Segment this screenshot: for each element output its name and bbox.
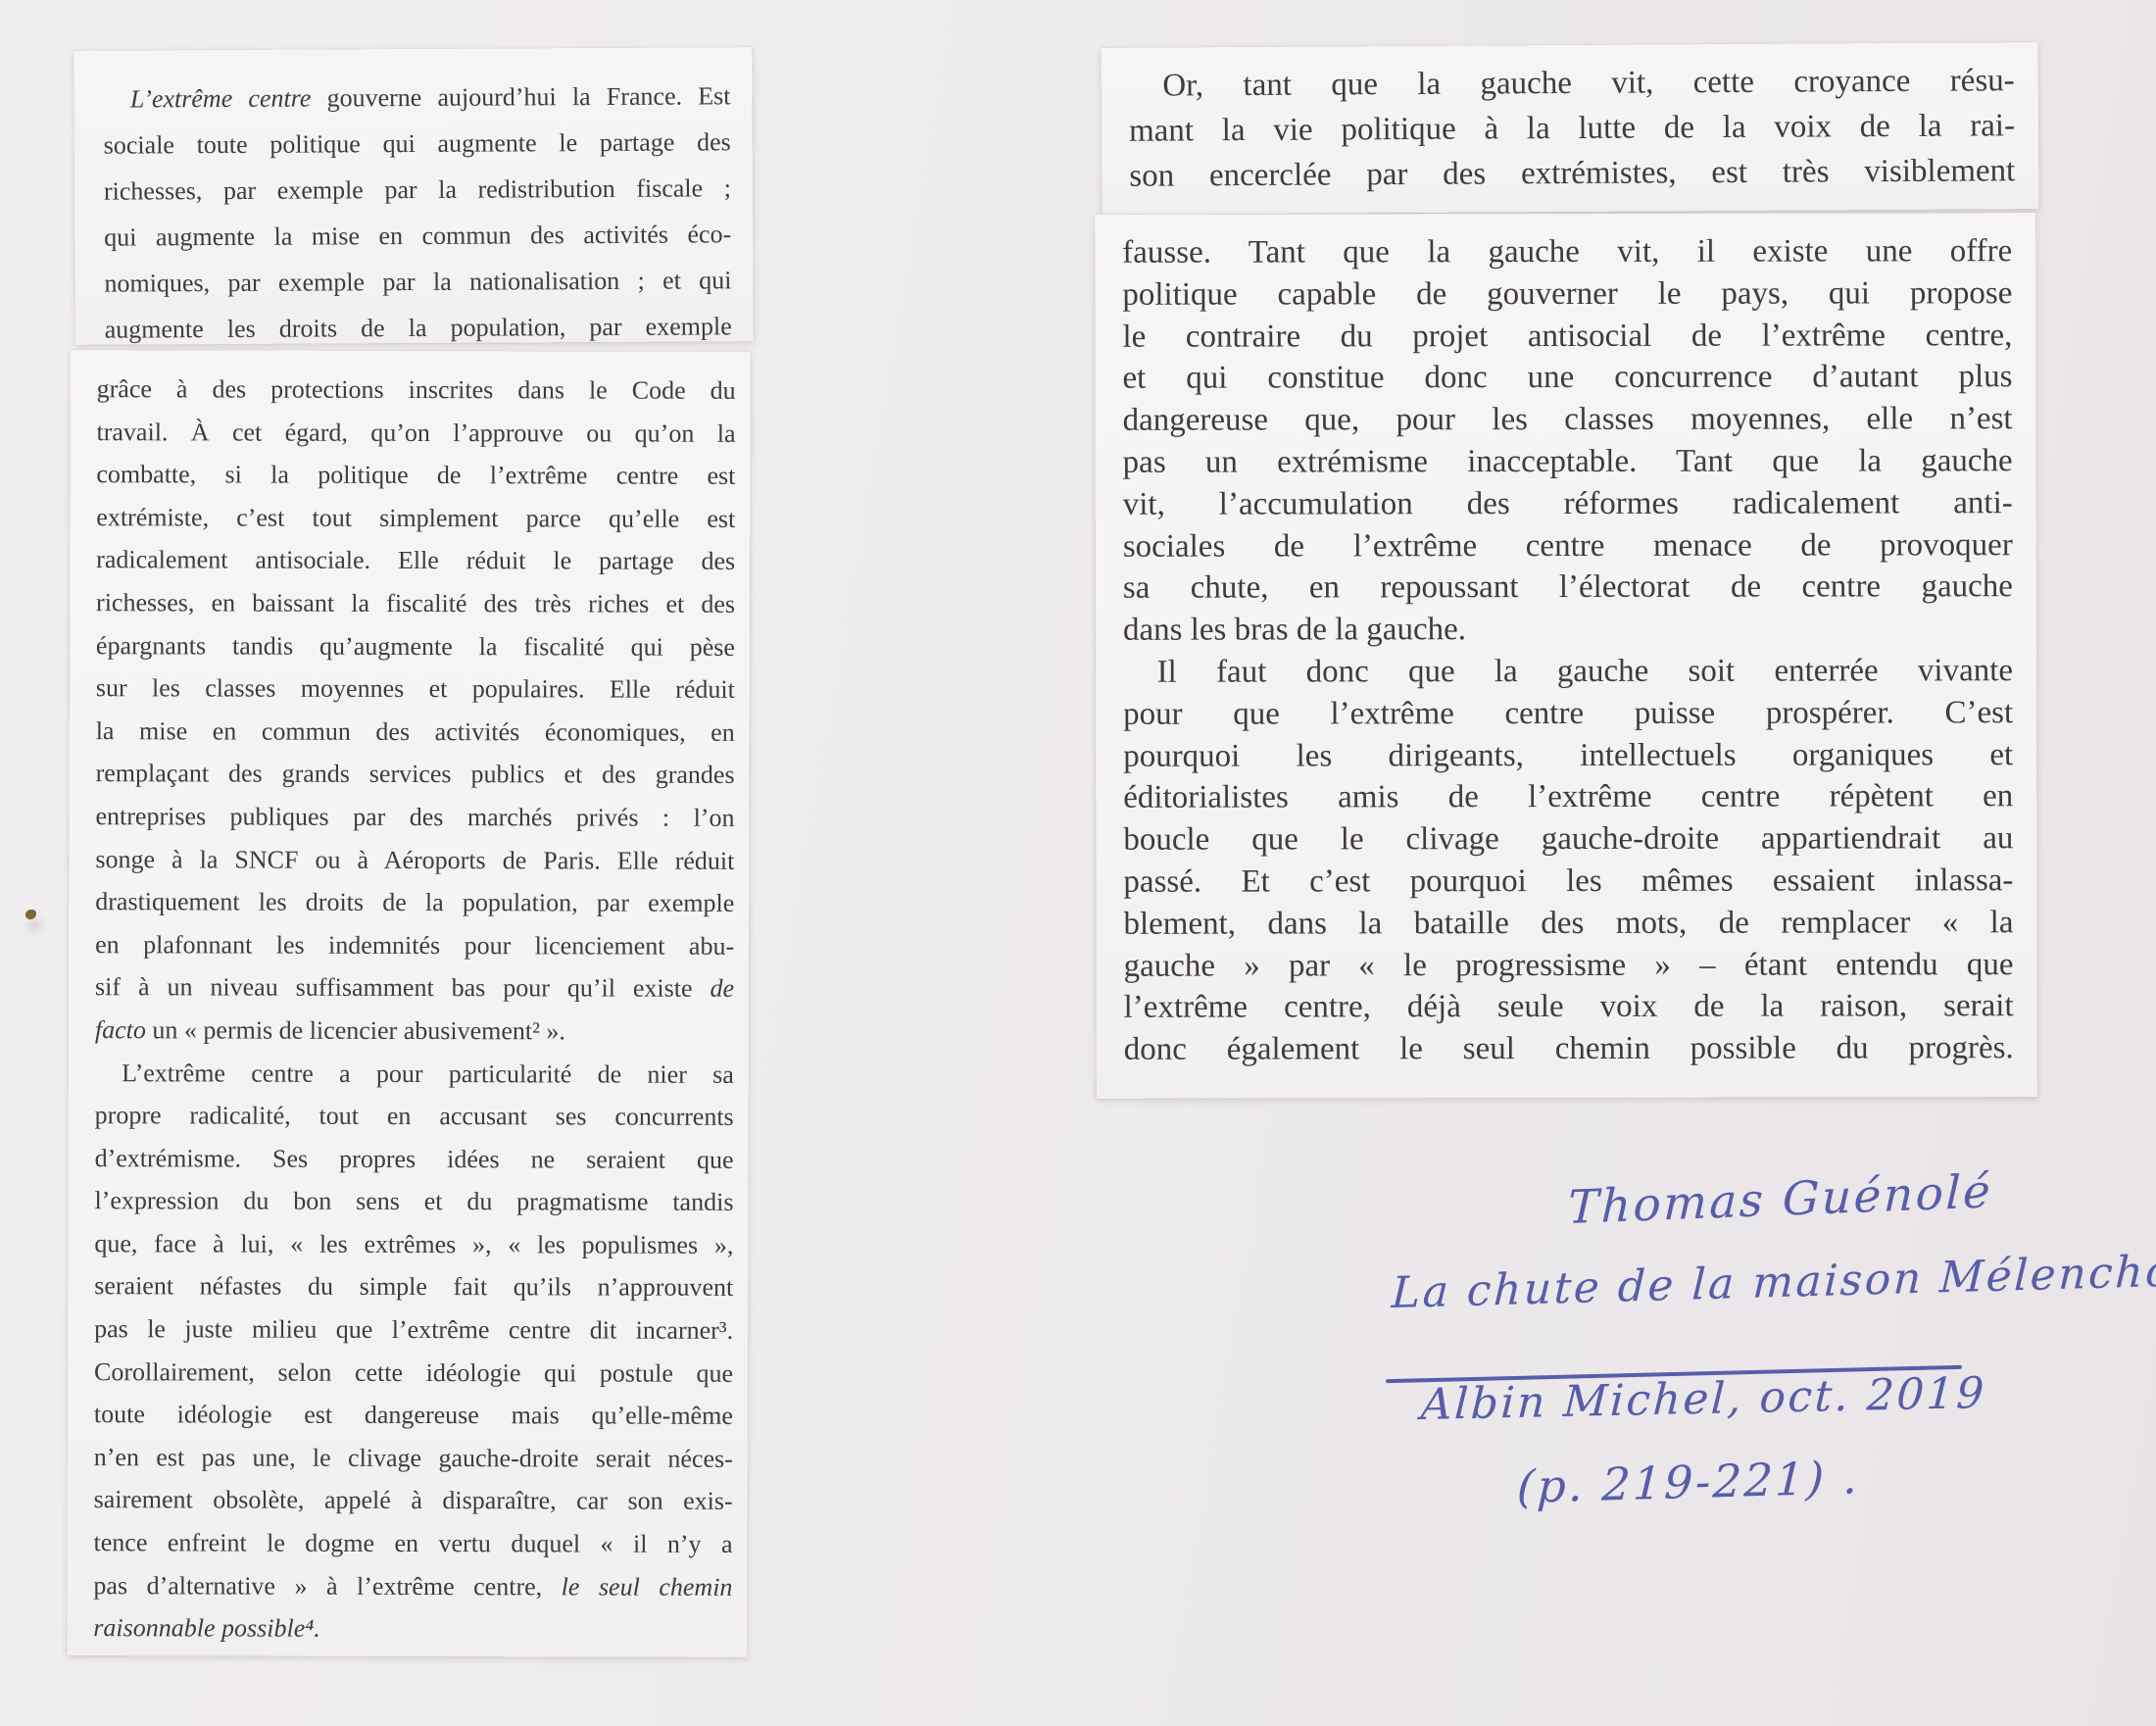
text-line: gauche » par « le progressisme » – étant… (1124, 944, 2014, 987)
text-segment: et qui constitue donc une concurrence d’… (1122, 360, 2012, 397)
text-segment: gauche » par « le progressisme » – étant… (1124, 947, 2014, 984)
text-segment: fausse. Tant que la gauche vit, il exist… (1122, 233, 2012, 271)
text-segment: extrémiste, c’est tout simplement parce … (96, 503, 735, 533)
text-line: sur les classes moyennes et populaires. … (96, 666, 735, 711)
text-line: augmente les droits de la population, pa… (105, 303, 732, 352)
text-line: dangereuse que, pour les classes moyenne… (1123, 398, 2013, 441)
text-line: éditorialistes amis de l’extrême centre … (1123, 776, 2013, 819)
text-segment: sif à un niveau suffisamment bas pour qu… (95, 972, 710, 1003)
text-segment: le contraire du projet antisocial de l’e… (1122, 318, 2012, 355)
text-line: entreprises publiques par des marchés pr… (95, 795, 734, 839)
text-segment: dans les bras de la gauche. (1123, 612, 1466, 648)
text-segment: blement, dans la bataille des mots, de r… (1123, 905, 2013, 942)
text-segment: n’en est pas une, le clivage gauche-droi… (94, 1443, 733, 1473)
text-segment: épargnants tandis qu’augmente la fiscali… (96, 631, 735, 662)
handwritten-publisher: Albin Michel, oct. 2019 (1420, 1368, 1987, 1430)
text-segment: l’extrême centre, déjà seule voix de la … (1124, 989, 2014, 1026)
text-line: L’extrême centre gouverne aujourd’hui la… (103, 73, 730, 122)
text-segment: seraient néfastes du simple fait qu’ils … (94, 1272, 733, 1303)
text-line: dans les bras de la gauche. (1123, 608, 2013, 651)
text-segment: un « permis de licencier abusivement² ». (146, 1015, 565, 1045)
text-segment: L’extrême centre a pour particularité de… (122, 1059, 734, 1089)
text-segment: songe à la SNCF ou à Aéroports de Paris.… (95, 845, 734, 875)
text-line: nomiques, par exemple par la nationalisa… (104, 257, 731, 306)
text-segment: pas le juste milieu que l’extrême centre… (94, 1314, 733, 1345)
text-segment: drastiquement les droits de la populatio… (95, 887, 734, 917)
text-segment: gouverne aujourd’hui la France. Est (311, 81, 730, 112)
text-line: Corollairement, selon cette idéologie qu… (94, 1351, 733, 1395)
italic-text-segment: raisonnable possible⁴. (93, 1613, 320, 1643)
excerpt-left-top: L’extrême centre gouverne aujourd’hui la… (73, 47, 754, 345)
text-segment: la mise en commun des activités économiq… (96, 716, 735, 747)
text-line: donc également le seul chemin possible d… (1124, 1027, 2014, 1070)
text-segment: passé. Et c’est pourquoi les mêmes essai… (1123, 863, 2013, 900)
text-line: passé. Et c’est pourquoi les mêmes essai… (1123, 860, 2013, 903)
text-segment: l’expression du bon sens et du pragmatis… (94, 1186, 733, 1216)
excerpt-right-top: Or, tant que la gauche vit, cette croyan… (1101, 42, 2038, 215)
text-segment: mant la vie politique à la lutte de la v… (1129, 108, 2015, 149)
text-segment: boucle que le clivage gauche-droite appa… (1123, 820, 2013, 858)
italic-text-segment: L’extrême centre (130, 84, 312, 114)
text-segment: son encerclée par des extrémistes, est t… (1129, 153, 2015, 194)
text-segment: entreprises publiques par des marchés pr… (95, 802, 734, 832)
text-segment: sociales de l’extrême centre menace de p… (1123, 527, 2013, 565)
text-line: politique capable de gouverner le pays, … (1122, 272, 2012, 316)
text-segment: sociale toute politique qui augmente le … (104, 127, 731, 159)
text-segment: tence enfreint le dogme en vertu duquel … (94, 1528, 733, 1558)
text-line: grâce à des protections inscrites dans l… (97, 368, 736, 412)
text-segment: radicalement antisociale. Elle réduit le… (96, 546, 735, 576)
text-line: Or, tant que la gauche vit, cette croyan… (1129, 58, 2015, 109)
text-line: Il faut donc que la gauche soit enterrée… (1123, 650, 2013, 693)
text-line: la mise en commun des activités économiq… (96, 710, 735, 754)
text-line: sa chute, en repoussant l’électorat de c… (1123, 567, 2013, 610)
text-segment: sur les classes moyennes et populaires. … (96, 673, 735, 704)
text-segment: richesses, en baissant la fiscalité des … (96, 588, 735, 618)
text-segment: propre radicalité, tout en accusant ses … (95, 1101, 734, 1131)
text-segment: toute idéologie est dangereuse mais qu’e… (94, 1400, 733, 1430)
text-line: l’extrême centre, déjà seule voix de la … (1124, 986, 2014, 1029)
text-line: sociales de l’extrême centre menace de p… (1123, 524, 2013, 567)
text-line: tence enfreint le dogme en vertu duquel … (94, 1521, 733, 1565)
italic-text-segment: facto (95, 1015, 146, 1044)
text-segment: que, face à lui, « les extrêmes », « les… (94, 1229, 733, 1259)
excerpt-right-main: fausse. Tant que la gauche vit, il exist… (1095, 213, 2037, 1099)
text-segment: pourquoi les dirigeants, intellectuels o… (1123, 737, 2013, 774)
text-line: pour que l’extrême centre puisse prospér… (1123, 692, 2013, 735)
text-line: l’expression du bon sens et du pragmatis… (94, 1179, 733, 1223)
text-segment: Corollairement, selon cette idéologie qu… (94, 1357, 733, 1388)
text-line: radicalement antisociale. Elle réduit le… (96, 539, 735, 583)
text-line: et qui constitue donc une concurrence d’… (1122, 357, 2012, 400)
text-segment: augmente les droits de la population, pa… (105, 312, 732, 343)
text-segment: richesses, par exemple par la redistribu… (104, 173, 731, 205)
text-line: son encerclée par des extrémistes, est t… (1129, 148, 2015, 199)
text-segment: sairement obsolète, appelé à disparaître… (94, 1486, 733, 1516)
excerpt-left-main: grâce à des protections inscrites dans l… (67, 350, 750, 1657)
text-line: facto un « permis de licencier abusiveme… (95, 1009, 734, 1053)
text-segment: combatte, si la politique de l’extrême c… (96, 460, 735, 490)
text-line: L’extrême centre a pour particularité de… (95, 1052, 734, 1096)
text-segment: vit, l’accumulation des réformes radical… (1123, 485, 2013, 522)
text-line: seraient néfastes du simple fait qu’ils … (94, 1265, 733, 1309)
text-segment: qui augmente la mise en commun des activ… (104, 220, 731, 251)
text-line: songe à la SNCF ou à Aéroports de Paris.… (95, 838, 734, 882)
italic-text-segment: de (710, 974, 734, 1003)
text-segment: pour que l’extrême centre puisse prospér… (1123, 695, 2013, 732)
text-segment: en plafonnant les indemnités pour licenc… (95, 930, 734, 961)
text-segment: pas d’alternative » à l’extrême centre, (93, 1571, 561, 1601)
text-segment: politique capable de gouverner le pays, … (1122, 275, 2012, 313)
text-line: mant la vie politique à la lutte de la v… (1129, 103, 2015, 154)
handwritten-pages: (p. 219-221) . (1516, 1451, 1861, 1513)
italic-text-segment: le seul chemin (562, 1572, 733, 1601)
text-line: que, face à lui, « les extrêmes », « les… (94, 1222, 733, 1266)
text-line: remplaçant des grands services publics e… (96, 753, 735, 797)
text-segment: donc également le seul chemin possible d… (1124, 1030, 2014, 1067)
text-line: richesses, en baissant la fiscalité des … (96, 581, 735, 625)
text-line: propre radicalité, tout en accusant ses … (95, 1094, 734, 1138)
text-segment: d’extrémisme. Ses propres idées ne serai… (95, 1144, 734, 1174)
text-line: blement, dans la bataille des mots, de r… (1123, 902, 2013, 945)
text-line: d’extrémisme. Ses propres idées ne serai… (95, 1137, 734, 1181)
text-line: sif à un niveau suffisamment bas pour qu… (95, 965, 734, 1010)
text-line: le contraire du projet antisocial de l’e… (1122, 315, 2012, 358)
text-line: sociale toute politique qui augmente le … (104, 119, 731, 168)
text-line: pas un extrémisme inacceptable. Tant que… (1123, 440, 2013, 483)
text-line: toute idéologie est dangereuse mais qu’e… (94, 1393, 733, 1437)
text-line: sairement obsolète, appelé à disparaître… (94, 1479, 733, 1523)
text-segment: Il faut donc que la gauche soit enterrée… (1157, 653, 2013, 690)
text-line: boucle que le clivage gauche-droite appa… (1123, 817, 2013, 861)
text-line: épargnants tandis qu’augmente la fiscali… (96, 624, 735, 668)
text-line: extrémiste, c’est tout simplement parce … (96, 496, 735, 540)
text-line: richesses, par exemple par la redistribu… (104, 165, 731, 214)
text-line: pas le juste milieu que l’extrême centre… (94, 1307, 733, 1352)
text-segment: Or, tant que la gauche vit, cette croyan… (1162, 63, 2015, 103)
text-segment: remplaçant des grands services publics e… (96, 760, 735, 790)
text-line: n’en est pas une, le clivage gauche-droi… (94, 1436, 733, 1480)
text-line: pourquoi les dirigeants, intellectuels o… (1123, 734, 2013, 777)
text-segment: sa chute, en repoussant l’électorat de c… (1123, 569, 2013, 607)
text-line: en plafonnant les indemnités pour licenc… (95, 923, 734, 967)
text-line: fausse. Tant que la gauche vit, il exist… (1122, 230, 2012, 273)
text-line: vit, l’accumulation des réformes radical… (1123, 482, 2013, 525)
text-line: raisonnable possible⁴. (93, 1606, 732, 1651)
text-segment: éditorialistes amis de l’extrême centre … (1123, 779, 2013, 816)
scanned-page: L’extrême centre gouverne aujourd’hui la… (0, 0, 2156, 1726)
text-segment: nomiques, par exemple par la nationalisa… (104, 266, 731, 297)
text-line: drastiquement les droits de la populatio… (95, 880, 734, 924)
text-segment: pas un extrémisme inacceptable. Tant que… (1123, 443, 2013, 480)
text-line: combatte, si la politique de l’extrême c… (96, 453, 735, 497)
paper-speck (25, 910, 36, 919)
text-line: pas d’alternative » à l’extrême centre, … (93, 1564, 732, 1608)
text-line: travail. À cet égard, qu’on l’approuve o… (96, 411, 735, 455)
text-segment: travail. À cet égard, qu’on l’approuve o… (96, 418, 735, 448)
text-segment: dangereuse que, pour les classes moyenne… (1123, 401, 2013, 438)
handwritten-title: La chute de la maison Mélenchon (1391, 1246, 2156, 1318)
text-line: qui augmente la mise en commun des activ… (104, 211, 731, 260)
handwritten-author: Thomas Guénolé (1567, 1164, 1993, 1235)
text-segment: grâce à des protections inscrites dans l… (97, 374, 736, 405)
